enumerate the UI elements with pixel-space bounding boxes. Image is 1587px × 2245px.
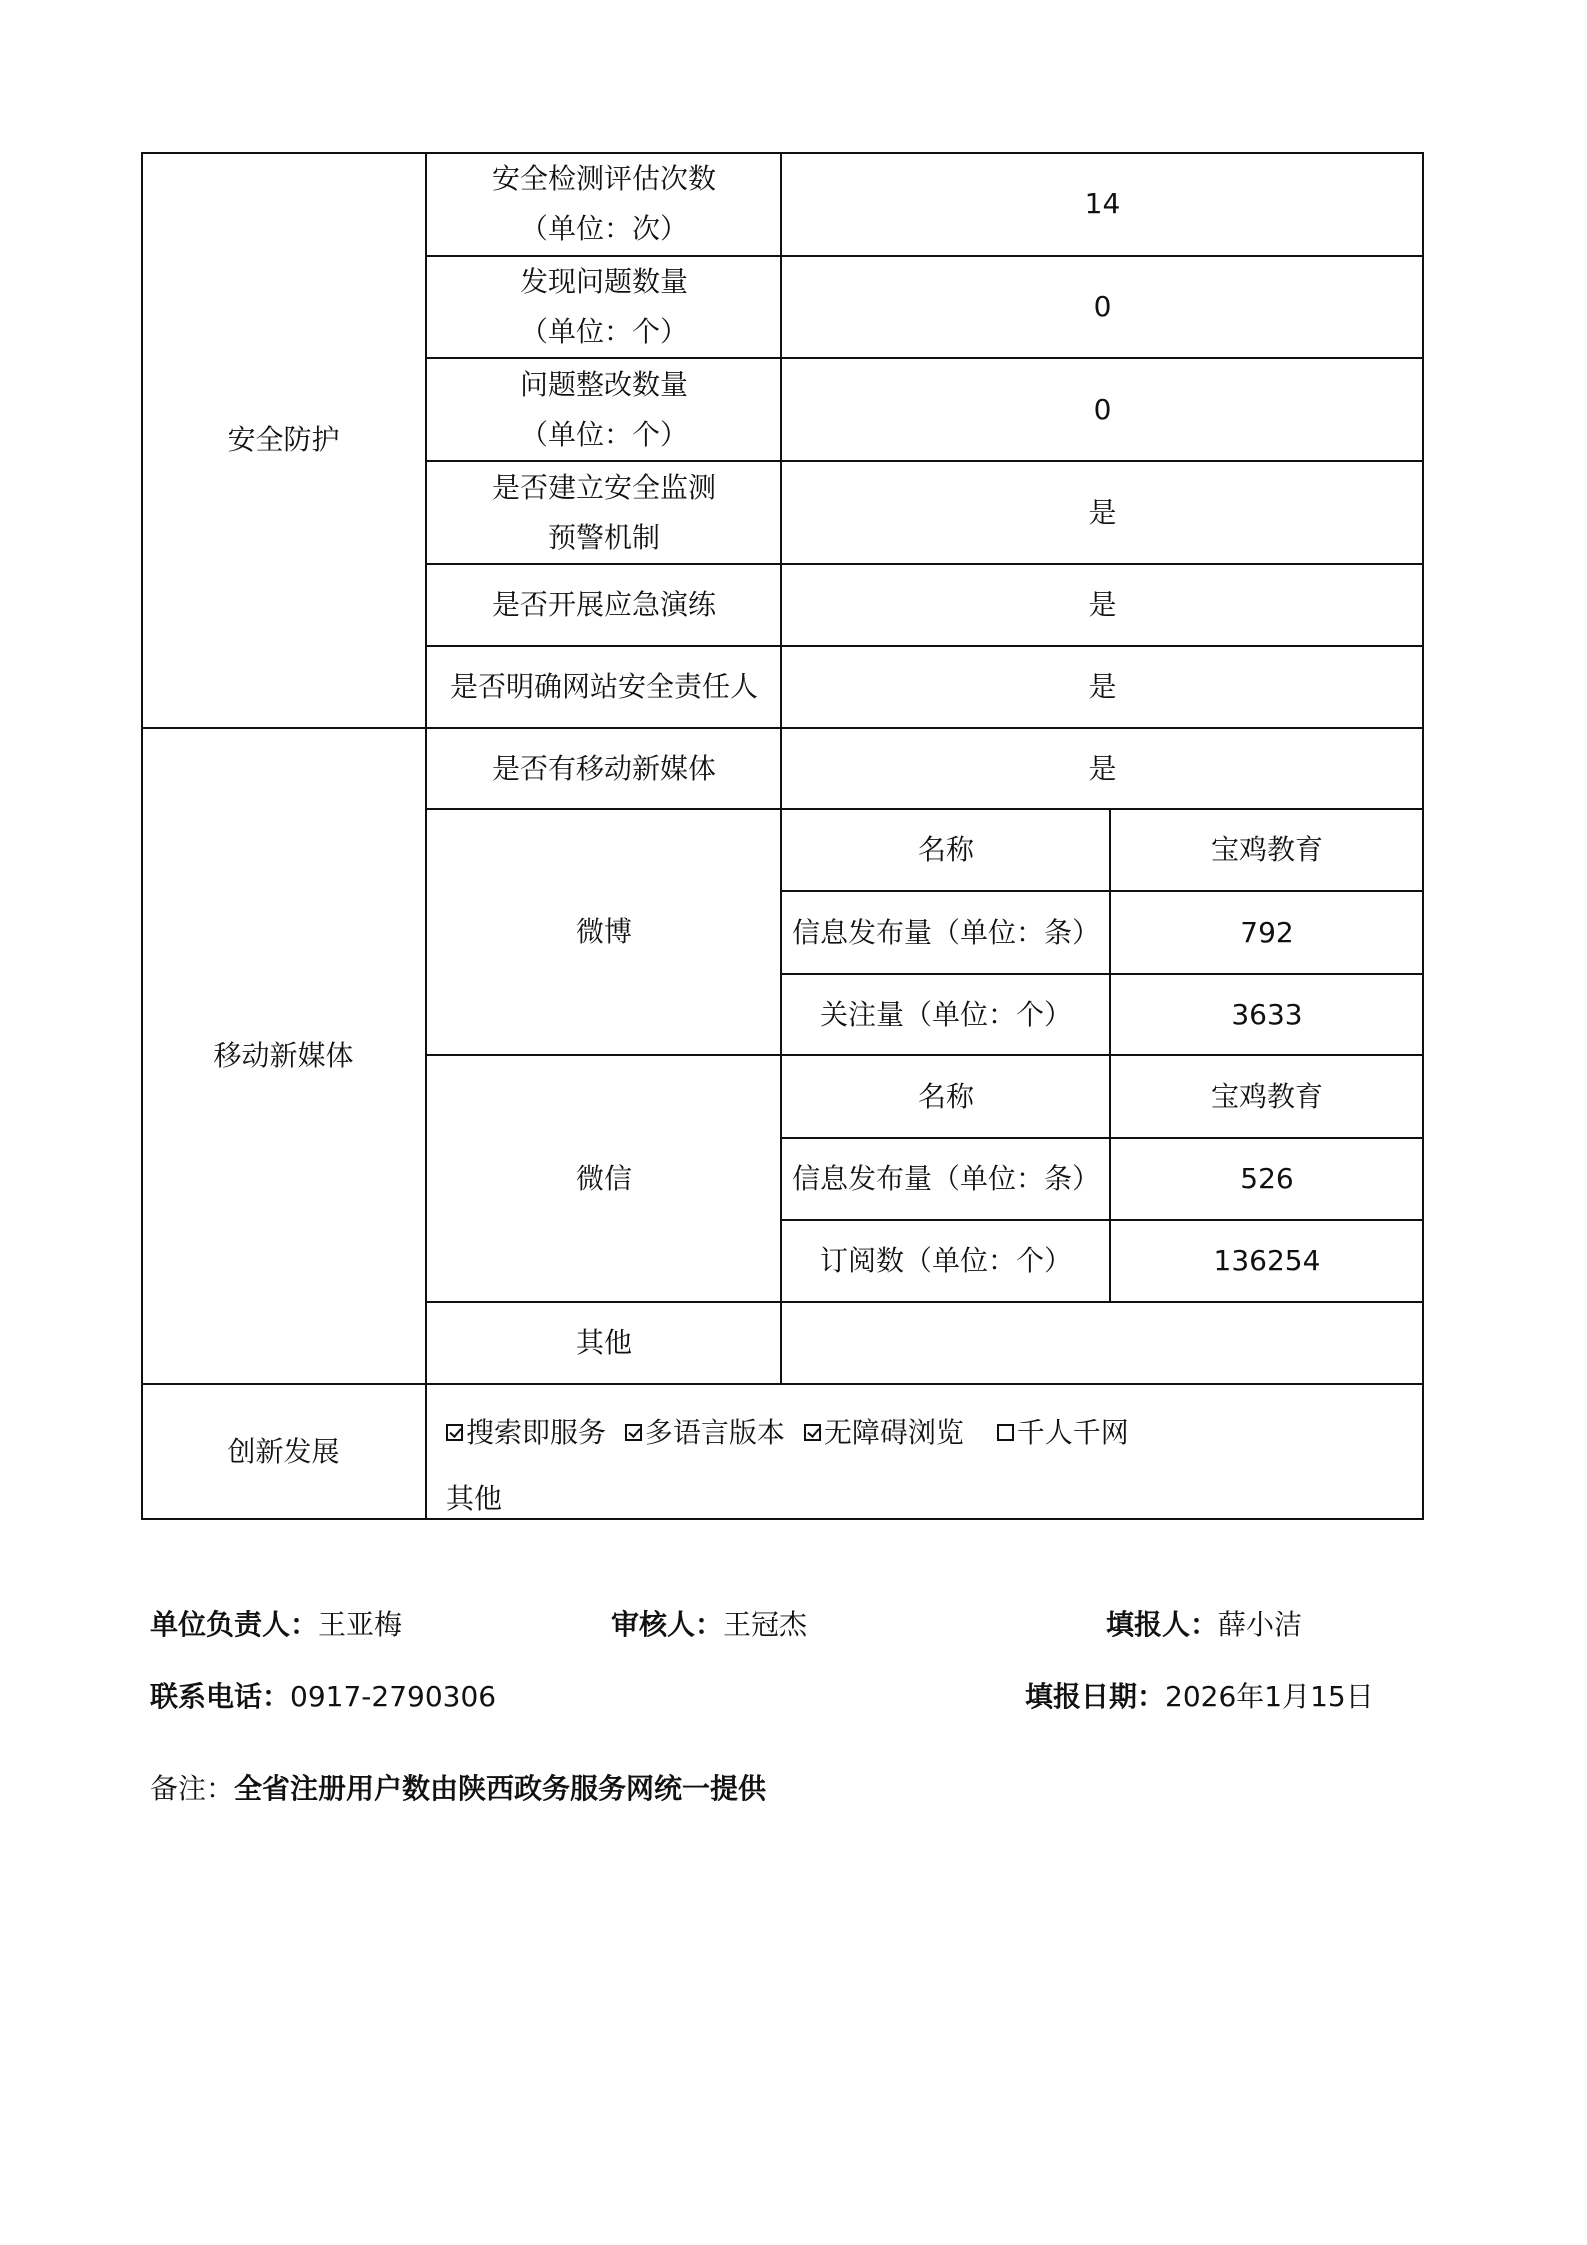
value-text: 14 [1085, 179, 1121, 229]
value-text: 792 [1240, 908, 1293, 958]
section-label-text: 安全防护 [227, 415, 339, 465]
item-label-security-owner: 是否明确网站安全责任人 [427, 646, 781, 728]
section-label-text: 创新发展 [227, 1427, 339, 1477]
item-value-issues-found: 0 [782, 256, 1423, 358]
section-label-security: 安全防护 [141, 152, 426, 728]
section-label-media: 移动新媒体 [141, 728, 426, 1384]
checkbox-checked-icon[interactable] [446, 1424, 463, 1441]
label-line: 是否有移动新媒体 [492, 744, 716, 794]
value-text: 是 [1088, 488, 1116, 538]
other-media-label: 其他 [427, 1302, 781, 1384]
label-line: 预警机制 [548, 513, 660, 563]
label-line: 名称 [918, 825, 974, 875]
unit-head: 单位负责人：王亚梅 [150, 1608, 402, 1642]
label-line: 信息发布量（单位：条） [792, 908, 1100, 958]
wechat-subscribers-value: 136254 [1111, 1220, 1423, 1302]
label-line: 微信 [576, 1154, 632, 1204]
remark-value: 全省注册用户数由陕西政务服务网统一提供 [234, 1772, 766, 1805]
item-label-has-media: 是否有移动新媒体 [427, 728, 781, 809]
label-line: （单位：个） [520, 410, 688, 460]
weibo-followers-value: 3633 [1111, 974, 1423, 1055]
value-text: 526 [1240, 1154, 1293, 1204]
value-text: 0 [1094, 385, 1112, 435]
option-label: 搜索即服务 [466, 1417, 606, 1449]
unit-head-label: 单位负责人： [150, 1608, 318, 1641]
checkbox-unchecked-icon[interactable] [997, 1424, 1014, 1441]
label-line: 关注量（单位：个） [820, 990, 1072, 1040]
value-text: 3633 [1231, 990, 1302, 1040]
wechat-label: 微信 [427, 1055, 781, 1302]
innovation-other: 其他 [446, 1483, 502, 1515]
label-line: 问题整改数量 [520, 360, 688, 410]
label-line: 订阅数（单位：个） [820, 1236, 1072, 1286]
innovation-checkbox-list: 搜索即服务 多语言版本 无障碍浏览 千人千网 [446, 1416, 1139, 1449]
weibo-name-label: 名称 [782, 809, 1110, 891]
other-media-value [782, 1302, 1423, 1384]
weibo-posts-label: 信息发布量（单位：条） [782, 891, 1110, 974]
value-text: 是 [1088, 744, 1116, 794]
weibo-name-value: 宝鸡教育 [1111, 809, 1423, 891]
label-line: 安全检测评估次数 [492, 154, 716, 204]
weibo-label: 微博 [427, 809, 781, 1055]
item-label-monitoring-mechanism: 是否建立安全监测 预警机制 [427, 461, 781, 564]
item-label-assessment-count: 安全检测评估次数 （单位：次） [427, 152, 781, 256]
item-value-security-owner: 是 [782, 646, 1423, 728]
item-value-emergency-drill: 是 [782, 564, 1423, 646]
phone-value: 0917-2790306 [290, 1680, 496, 1713]
option-label: 多语言版本 [645, 1417, 785, 1449]
label-line: 微博 [576, 907, 632, 957]
remark: 备注：全省注册用户数由陕西政务服务网统一提供 [150, 1772, 766, 1806]
filler-label: 填报人： [1106, 1608, 1218, 1641]
section-label-text: 移动新媒体 [213, 1031, 353, 1081]
label-line: 是否建立安全监测 [492, 463, 716, 513]
label-line: 是否明确网站安全责任人 [450, 662, 758, 712]
item-value-monitoring-mechanism: 是 [782, 461, 1423, 564]
innovation-options: 搜索即服务 多语言版本 无障碍浏览 千人千网 其他 [436, 1385, 1416, 1519]
item-label-issues-found: 发现问题数量 （单位：个） [427, 256, 781, 358]
wechat-posts-value: 526 [1111, 1138, 1423, 1220]
item-label-issues-fixed: 问题整改数量 （单位：个） [427, 358, 781, 461]
date-value: 2026年1月15日 [1165, 1680, 1374, 1713]
filler-value: 薛小洁 [1218, 1608, 1302, 1641]
label-line: （单位：个） [520, 307, 688, 357]
label-line: （单位：次） [520, 204, 688, 254]
item-value-assessment-count: 14 [782, 152, 1423, 256]
label-line: 其他 [576, 1318, 632, 1368]
item-label-emergency-drill: 是否开展应急演练 [427, 564, 781, 646]
value-text: 是 [1088, 580, 1116, 630]
wechat-subscribers-label: 订阅数（单位：个） [782, 1220, 1110, 1302]
date-label: 填报日期： [1025, 1680, 1165, 1713]
option-accessibility[interactable]: 无障碍浏览 [804, 1417, 964, 1449]
phone-label: 联系电话： [150, 1680, 290, 1713]
item-value-has-media: 是 [782, 728, 1423, 809]
report-table: 安全防护 安全检测评估次数 （单位：次） 14 发现问题数量 （单位：个） 0 … [141, 152, 1422, 1519]
value-text: 宝鸡教育 [1211, 1072, 1323, 1122]
reviewer: 审核人：王冠杰 [611, 1608, 807, 1642]
option-search-as-service[interactable]: 搜索即服务 [446, 1417, 606, 1449]
checkbox-checked-icon[interactable] [625, 1424, 642, 1441]
wechat-name-label: 名称 [782, 1055, 1110, 1138]
section-label-innovation: 创新发展 [141, 1384, 426, 1519]
filler: 填报人：薛小洁 [1106, 1608, 1302, 1642]
fill-date: 填报日期：2026年1月15日 [1025, 1680, 1374, 1714]
wechat-posts-label: 信息发布量（单位：条） [782, 1138, 1110, 1220]
option-multilingual[interactable]: 多语言版本 [625, 1417, 785, 1449]
weibo-posts-value: 792 [1111, 891, 1423, 974]
weibo-followers-label: 关注量（单位：个） [782, 974, 1110, 1055]
reviewer-value: 王冠杰 [723, 1608, 807, 1641]
remark-label: 备注： [150, 1772, 234, 1805]
unit-head-value: 王亚梅 [318, 1608, 402, 1641]
wechat-name-value: 宝鸡教育 [1111, 1055, 1423, 1138]
value-text: 宝鸡教育 [1211, 825, 1323, 875]
value-text: 是 [1088, 662, 1116, 712]
label-line: 是否开展应急演练 [492, 580, 716, 630]
checkbox-checked-icon[interactable] [804, 1424, 821, 1441]
item-value-issues-fixed: 0 [782, 358, 1423, 461]
contact-phone: 联系电话：0917-2790306 [150, 1680, 496, 1714]
value-text: 136254 [1214, 1236, 1321, 1286]
label-line: 信息发布量（单位：条） [792, 1154, 1100, 1204]
label-line: 发现问题数量 [520, 257, 688, 307]
option-label: 无障碍浏览 [824, 1417, 964, 1449]
value-text: 0 [1094, 282, 1112, 332]
reviewer-label: 审核人： [611, 1608, 723, 1641]
option-personalized[interactable]: 千人千网 [997, 1417, 1129, 1449]
option-label: 千人千网 [1017, 1417, 1129, 1449]
label-line: 名称 [918, 1072, 974, 1122]
